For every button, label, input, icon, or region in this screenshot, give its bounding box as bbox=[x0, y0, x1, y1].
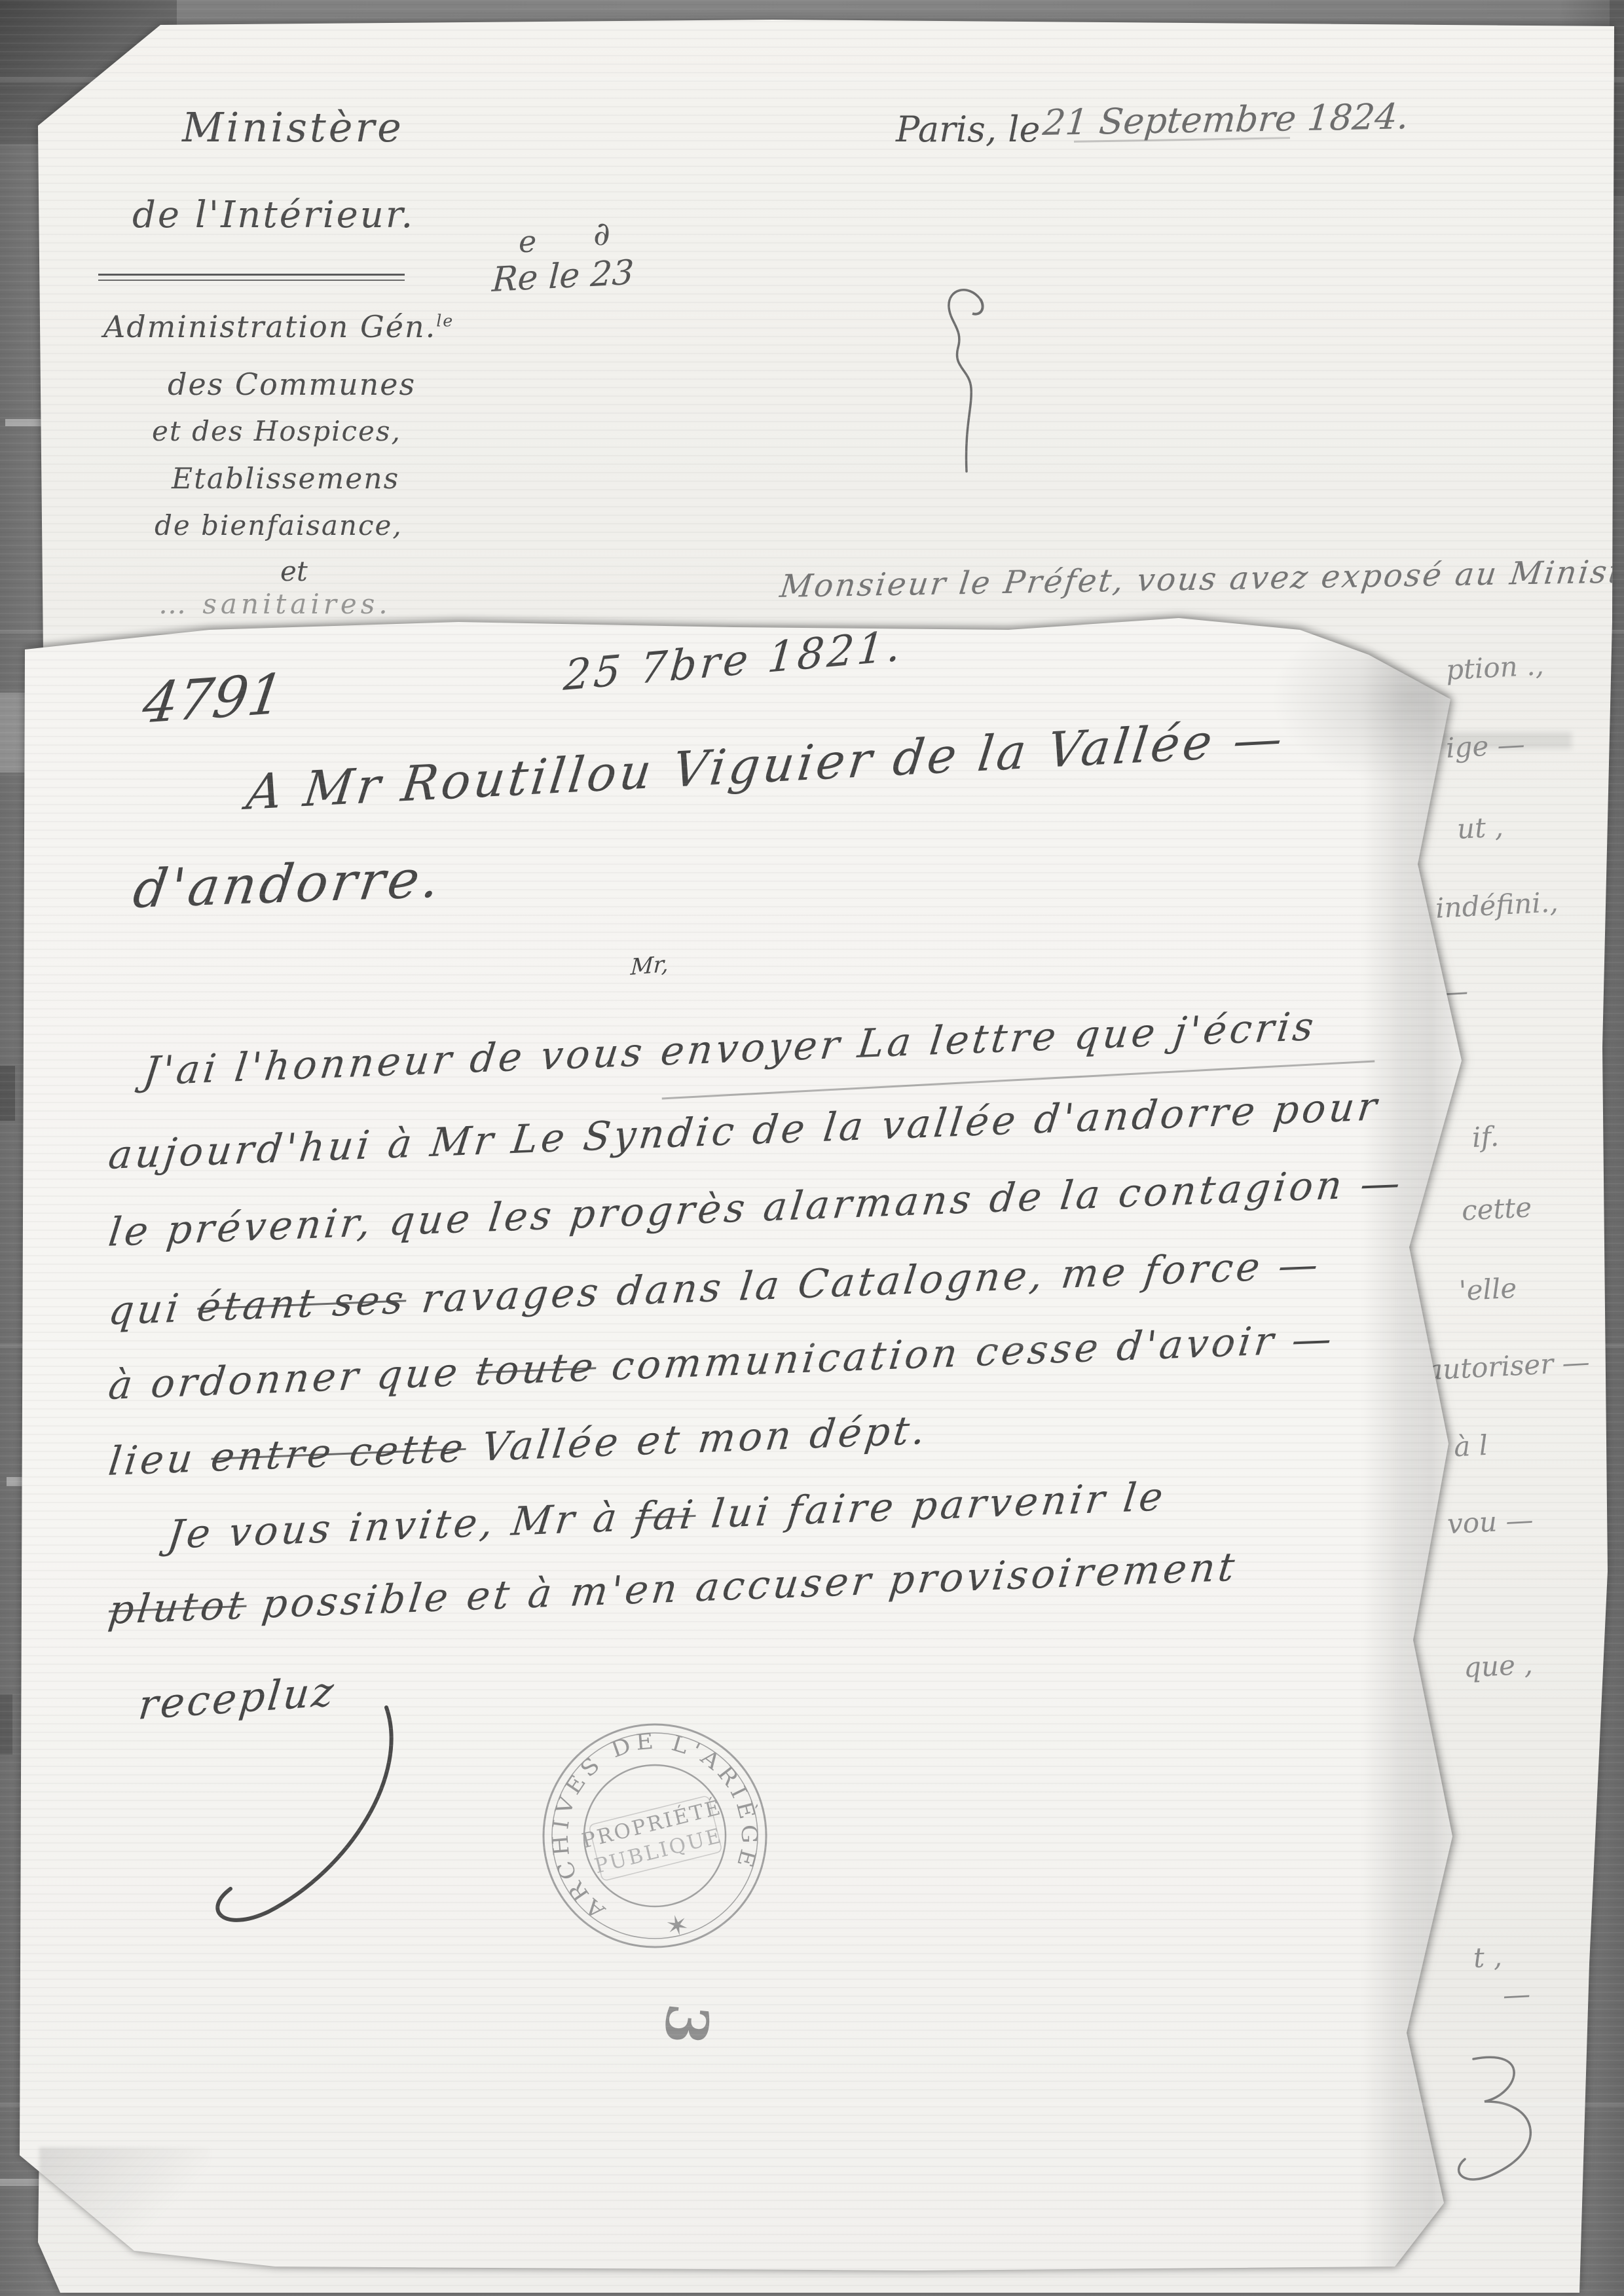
body-text: le prévenir, que les progrès alarmans de… bbox=[106, 1160, 1406, 1256]
top-sheet: 4791 25 7bre 1821. A Mr Routillou Viguie… bbox=[0, 0, 1624, 2296]
body-text: lui faire parvenir le bbox=[693, 1474, 1168, 1538]
stamp-number: 3 bbox=[651, 2001, 723, 2048]
minute-body-line: qui étant ses ravages dans la Catalogne,… bbox=[106, 1242, 1324, 1334]
body-strikethrough: plutot bbox=[106, 1582, 249, 1633]
body-strikethrough: fai bbox=[633, 1492, 698, 1540]
minute-body-line: lieu entre cette Vallée et mon dépt. bbox=[106, 1408, 931, 1485]
minute-salutation: Mr, bbox=[630, 951, 669, 981]
body-strikethrough: étant ses bbox=[194, 1277, 409, 1331]
body-text: possible et à m'en accuser provisoiremen… bbox=[244, 1544, 1240, 1628]
minute-body-line: aujourd'hui à Mr Le Syndic de la vallée … bbox=[106, 1084, 1382, 1178]
body-text: qui bbox=[106, 1285, 200, 1334]
minute-date: 25 7bre 1821. bbox=[562, 622, 906, 701]
body-text: J'ai l'honneur de vous envoyer La lettre… bbox=[141, 1004, 1319, 1095]
top-sheet-wrap: 4791 25 7bre 1821. A Mr Routillou Viguie… bbox=[0, 0, 1624, 2296]
body-strikethrough: toute bbox=[473, 1344, 599, 1394]
closing-flourish bbox=[183, 1689, 419, 1971]
paper-crease bbox=[39, 2147, 210, 2272]
minute-address-line2: d'andorre. bbox=[130, 848, 447, 920]
paper-crease bbox=[1362, 645, 1473, 2269]
minute-body-line: le prévenir, que les progrès alarmans de… bbox=[106, 1160, 1406, 1256]
stamp-star-icon: ✶ bbox=[662, 1907, 692, 1944]
body-text: Vallée et mon dépt. bbox=[464, 1408, 931, 1471]
body-text: aujourd'hui à Mr Le Syndic de la vallée … bbox=[106, 1084, 1382, 1178]
minute-body-line: à ordonner que toute communication cesse… bbox=[106, 1316, 1337, 1409]
body-text: communication cesse d'avoir — bbox=[593, 1316, 1337, 1391]
minute-address-line1: A Mr Routillou Viguier de la Vallée — bbox=[244, 710, 1289, 821]
body-strikethrough: entre cette bbox=[208, 1425, 468, 1481]
body-text: Je vous invite, Mr à bbox=[165, 1494, 638, 1558]
body-text: ravages dans la Catalogne, me force — bbox=[403, 1242, 1323, 1323]
paper-crumple bbox=[1270, 609, 1552, 786]
minute-body-line: plutot possible et à m'en accuser provis… bbox=[106, 1544, 1240, 1633]
body-text: à ordonner que bbox=[106, 1349, 479, 1409]
archive-stamp: ARCHIVES DE L'ARIÈGE ✶ PROPRIÉTÉ PUBLIQU… bbox=[516, 1697, 798, 1985]
document-scan: Ministère de l'Intérieur. Administration… bbox=[0, 0, 1624, 2296]
body-text: lieu bbox=[106, 1435, 214, 1485]
minute-body-line: J'ai l'honneur de vous envoyer La lettre… bbox=[141, 1004, 1319, 1095]
minute-body-line: Je vous invite, Mr à fai lui faire parve… bbox=[165, 1474, 1168, 1558]
minute-number: 4791 bbox=[139, 661, 287, 736]
